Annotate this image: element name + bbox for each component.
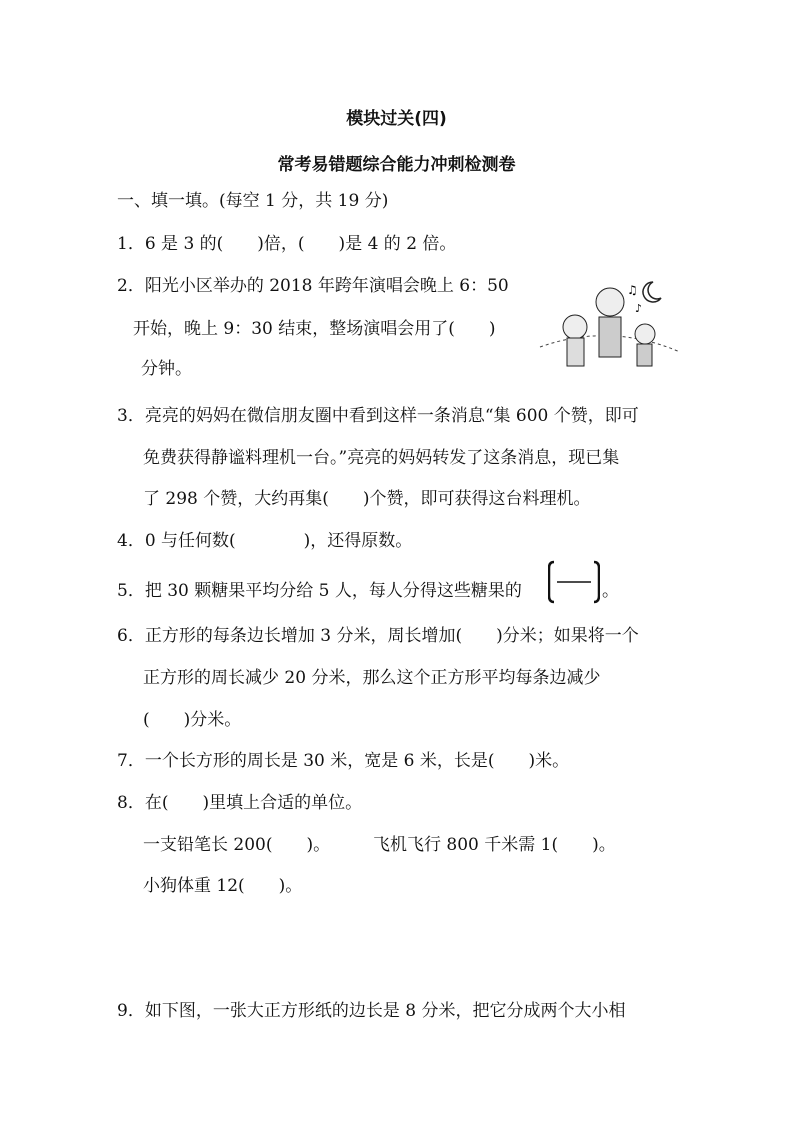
question-8-plane: 飞机飞行 800 千米需 1( )。	[373, 834, 616, 856]
family-singing-illustration: ♫♪	[535, 272, 685, 377]
question-5-end: 。	[602, 580, 619, 602]
question-8-dog: 小狗体重 12( )。	[143, 875, 302, 897]
question-4: 4．0 与任何数( )，还得原数。	[117, 530, 412, 552]
page-subtitle: 常考易错题综合能力冲刺检测卷	[0, 150, 793, 175]
question-3-line-3: 了 298 个赞，大约再集( )个赞，即可获得这台料理机。	[143, 488, 591, 510]
question-8-pencil: 一支铅笔长 200( )。	[143, 834, 330, 856]
question-2-line-2: 开始，晚上 9：30 结束，整场演唱会用了( )	[133, 318, 496, 340]
question-6-line-2: 正方形的周长减少 20 分米，那么这个正方形平均每条边减少	[143, 667, 600, 689]
question-1: 1．6 是 3 的( )倍，( )是 4 的 2 倍。	[117, 233, 456, 255]
question-3-line-1: 3．亮亮的妈妈在微信朋友圈中看到这样一条消息“集 600 个赞，即可	[117, 405, 639, 427]
question-8-line-1: 8．在( )里填上合适的单位。	[117, 792, 362, 814]
section-heading: 一、填一填。(每空 1 分，共 19 分)	[117, 190, 388, 212]
page-title: 模块过关(四)	[0, 104, 793, 129]
question-2-line-3: 分钟。	[141, 358, 192, 380]
question-5: 5．把 30 颗糖果平均分给 5 人，每人分得这些糖果的	[117, 580, 522, 602]
svg-text:♫: ♫	[627, 283, 638, 297]
question-3-line-2: 免费获得静谧料理机一台。”亮亮的妈妈转发了这条消息，现已集	[143, 447, 619, 469]
question-2-line-1: 2．阳光小区举办的 2018 年跨年演唱会晚上 6：50	[117, 275, 509, 297]
question-7: 7．一个长方形的周长是 30 米，宽是 6 米，长是( )米。	[117, 750, 569, 772]
fraction-blank	[548, 560, 600, 604]
question-9-line-1: 9．如下图，一张大正方形纸的边长是 8 分米，把它分成两个大小相	[117, 1000, 625, 1022]
svg-text:♪: ♪	[635, 302, 642, 315]
question-6-line-3: ( )分米。	[143, 709, 241, 731]
question-6-line-1: 6．正方形的每条边长增加 3 分米，周长增加( )分米；如果将一个	[117, 625, 639, 647]
